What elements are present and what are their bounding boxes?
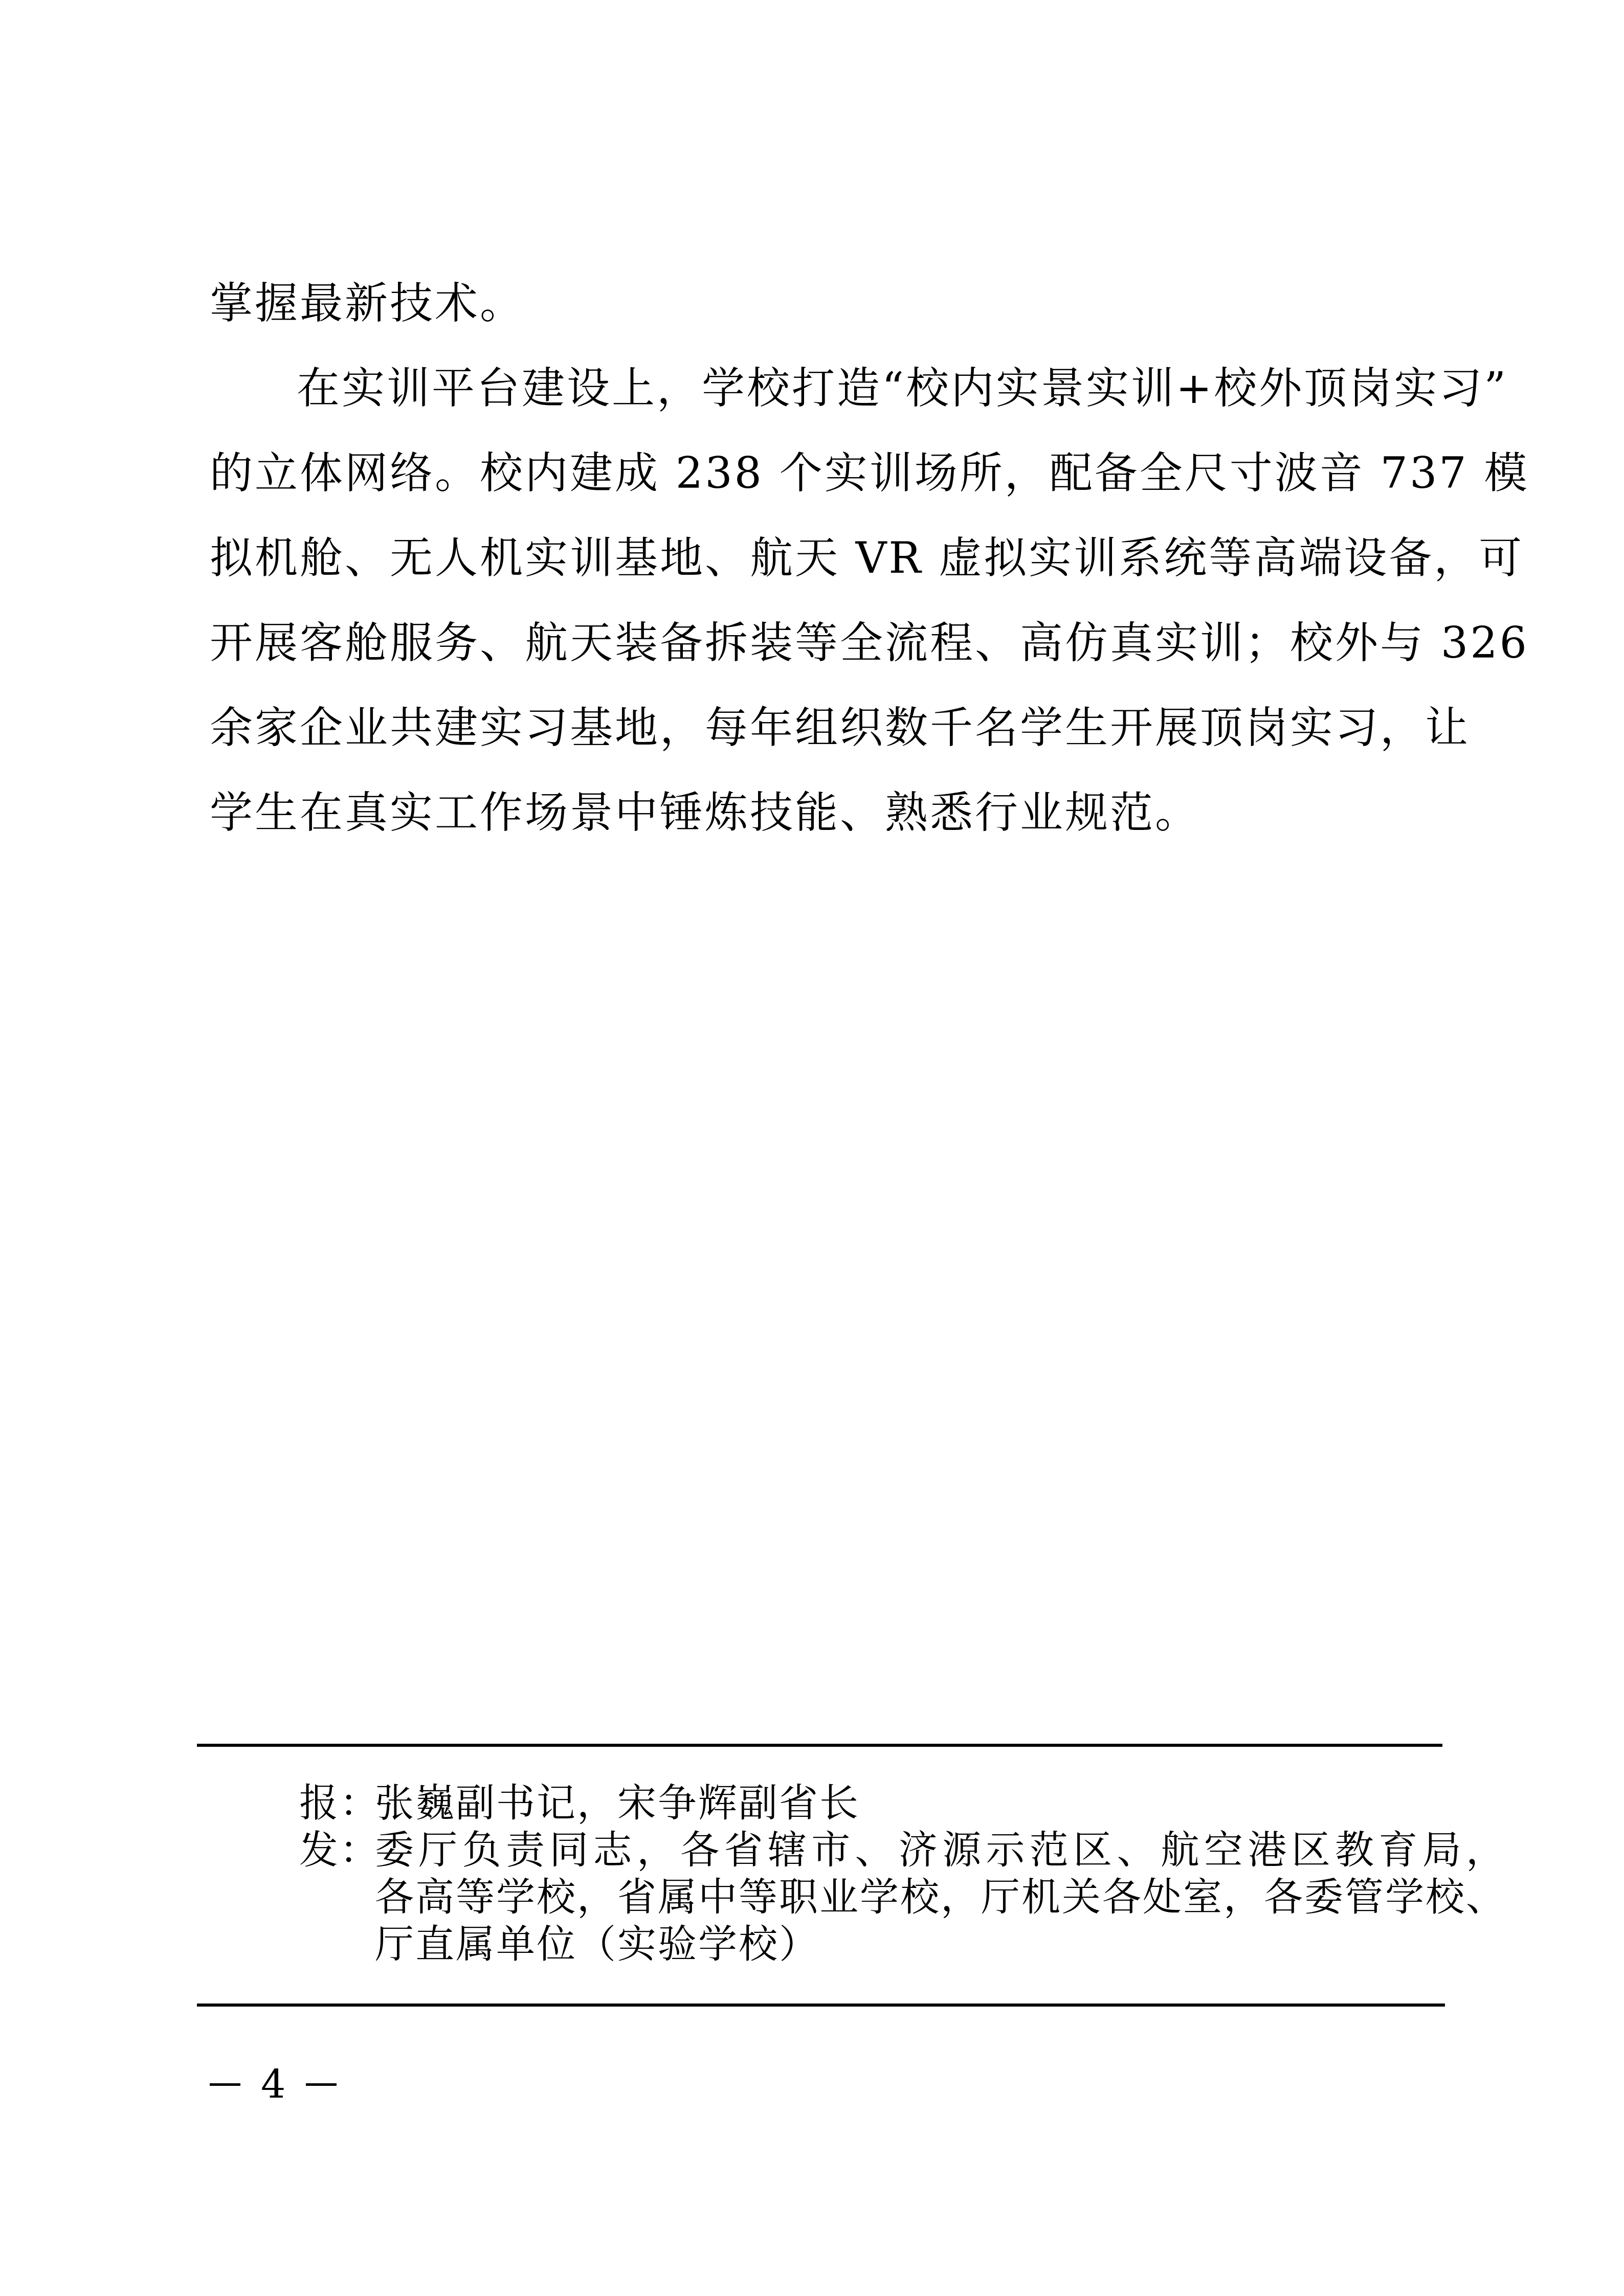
recipient-line: 各高等学校，省属中等职业学校，厅机关各处室，各委管学校、: [375, 1874, 1506, 1921]
paragraph-line: 在实训平台建设上，学校打造“校内实景实训+校外顶岗实习”: [210, 346, 1448, 431]
body-text: 掌握最新技术。: [210, 261, 1448, 346]
page-number-value: 4: [261, 2061, 285, 2108]
recipient-line: 张巍副书记，宋争辉副省长: [375, 1780, 1450, 1827]
distribution-top-rule: [197, 1744, 1442, 1747]
paragraph-line: 拟机舱、无人机实训基地、航天 VR 虚拟实训系统等高端设备，可: [210, 515, 1448, 600]
recipient-line: 厅直属单位（实验学校）: [375, 1921, 1506, 1968]
paragraph-line: 开展客舱服务、航天装备拆装等全流程、高仿真实训；校外与 326: [210, 600, 1448, 685]
report-label: 报：: [299, 1780, 375, 1827]
paragraph-training-platform: 在实训平台建设上，学校打造“校内实景实训+校外顶岗实习” 的立体网络。校内建成 …: [210, 346, 1448, 855]
send-label: 发：: [299, 1827, 375, 1968]
paragraph-line: 的立体网络。校内建成 238 个实训场所，配备全尺寸波音 737 模: [210, 431, 1448, 515]
paragraph-line: 余家企业共建实习基地，每年组织数千名学生开展顶岗实习，让: [210, 685, 1448, 770]
send-recipients: 委厅负责同志，各省辖市、济源示范区、航空港区教育局， 各高等学校，省属中等职业学…: [375, 1827, 1506, 1968]
distribution-bottom-rule: [197, 2004, 1445, 2007]
paragraph-line: 掌握最新技术。: [210, 261, 1448, 346]
recipient-line: 委厅负责同志，各省辖市、济源示范区、航空港区教育局，: [375, 1827, 1506, 1874]
send-to-row: 发： 委厅负责同志，各省辖市、济源示范区、航空港区教育局， 各高等学校，省属中等…: [299, 1827, 1450, 1968]
paragraph-line: 学生在真实工作场景中锤炼技能、熟悉行业规范。: [210, 770, 1448, 855]
dash-right: [306, 2083, 337, 2086]
report-to-row: 报： 张巍副书记，宋争辉副省长: [299, 1780, 1450, 1827]
distribution-block: 报： 张巍副书记，宋争辉副省长 发： 委厅负责同志，各省辖市、济源示范区、航空港…: [299, 1780, 1450, 1968]
page-number: 4: [210, 2061, 337, 2108]
document-page: 掌握最新技术。 在实训平台建设上，学校打造“校内实景实训+校外顶岗实习” 的立体…: [0, 0, 1624, 2296]
report-recipients: 张巍副书记，宋争辉副省长: [375, 1780, 1450, 1827]
dash-left: [210, 2083, 240, 2086]
